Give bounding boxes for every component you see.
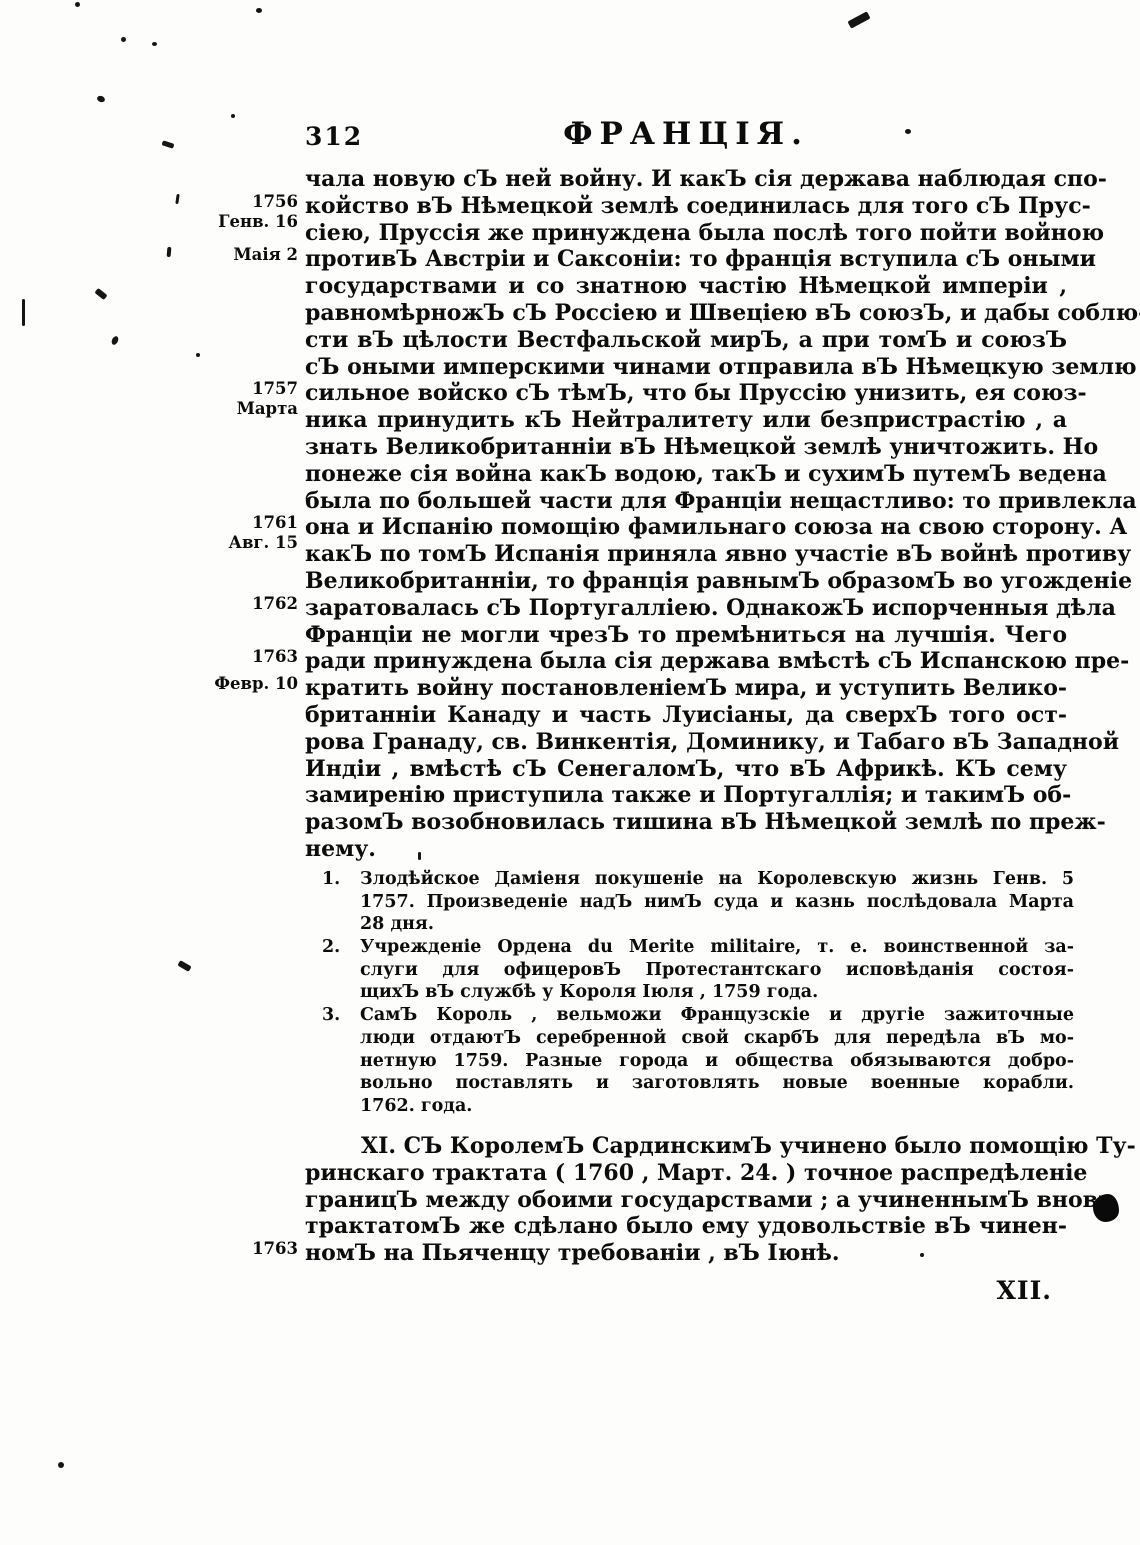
text-line-row: какЪ по томЪ Испанія приняла явно участі… [305,541,1067,568]
scan-speck [121,37,126,42]
text-line: рова Гранаду, св. Винкентія, Доминику, и… [305,729,1067,756]
text-line: государствами и со знатною частію Нѣмецк… [305,273,1067,300]
text-line-row: Великобританніи, то франція равнымЪ обра… [305,568,1067,595]
text-line-row: 1763ради принуждена была сія держава вмѣ… [305,648,1067,675]
margin-date-note: Маія 2 [188,245,298,265]
text-line-row: равномѣрножЪ сЪ Россіею и Швеціею вЪ сою… [305,300,1067,327]
text-line-row: разомЪ возобновилась тишина вЪ Нѣмецкой … [305,809,1067,836]
text-line-row: Февр. 10кратить войну постановленіемЪ ми… [305,675,1067,702]
scan-speck [920,1253,924,1257]
text-line-row: Франціи не могли чрезЪ то премѣниться на… [305,622,1067,649]
footnote-line: вольно поставлять и заготовлять новые во… [360,1072,1074,1095]
text-line: трактатомЪ же сдѣлано было ему удовольст… [305,1213,1067,1240]
margin-date-note: 1756Генв. 16 [188,192,298,232]
text-line-row: рова Гранаду, св. Винкентія, Доминику, и… [305,729,1067,756]
text-line: противЪ Австріи и Саксоніи: то франція в… [305,246,1067,273]
text-line: равномѣрножЪ сЪ Россіею и Швеціею вЪ сою… [305,300,1067,327]
footnote-line: СамЪ Король , вельможи Французскіе и дру… [360,1004,1074,1027]
text-line: чала новую сЪ ней войну. И какЪ сія держ… [305,166,1067,193]
text-line: британніи Канаду и часть Луисіаны, да св… [305,702,1067,729]
footnote-line: слуги для офицеровЪ Протестантскаго испо… [360,959,1074,982]
scan-speck [162,140,175,148]
text-line: понеже сія война какЪ водою, такЪ и сухи… [305,461,1067,488]
text-line: была по большей части для Франціи нещаст… [305,488,1067,515]
text-line: койство вЪ Нѣмецкой землѣ соединилась дл… [305,193,1067,220]
text-line-row: 1763номЪ на Пьяченцу требованіи , вЪ Іюн… [305,1240,1067,1267]
margin-date-note: Февр. 10 [188,674,298,694]
text-line: сЪ оными имперскими чинами отправила вЪ … [305,354,1067,381]
text-line: Великобританніи, то франція равнымЪ обра… [305,568,1067,595]
scanned-book-page: 312 ФРАНЦІЯ. чала новую сЪ ней войну. И … [0,0,1140,1545]
footnote-line: нетную 1759. Разные города и общества об… [360,1050,1074,1073]
text-line: ника принудить кЪ Нейтралитету или безпр… [305,407,1067,434]
footnote-line: 1762. года. [360,1095,1074,1118]
scan-speck [167,247,172,257]
footnote-item: 1.Злодѣйское Даміеня покушеніе на Короле… [322,868,1074,936]
text-line: сіею, Пруссія же принуждена была послѣ т… [305,220,1067,247]
margin-date-note: 1757Марта [188,379,298,419]
footnote-line: щихЪ вЪ службѣ у Короля Іюля , 1759 года… [360,981,1074,1004]
text-line: сти вЪ цѣлости Вестфальской мирЪ, а при … [305,327,1067,354]
scan-speck [75,2,80,7]
text-line-row: сіею, Пруссія же принуждена была послѣ т… [305,220,1067,247]
text-line-row: XI. СЪ КоролемЪ СардинскимЪ учинено было… [305,1133,1067,1160]
footnote-line: 1757. Произведеніе надЪ нимЪ суда и казн… [360,891,1074,914]
footnote-item: 3.СамЪ Король , вельможи Французскіе и д… [322,1004,1074,1117]
margin-date-note: 1762 [188,594,298,614]
text-line-row: трактатомЪ же сдѣлано было ему удовольст… [305,1213,1067,1240]
text-line-row: 1761Авг. 15она и Испанію помощію фамильн… [305,514,1067,541]
footnote-line: Учрежденіе Ордена du Merite militaire, т… [360,936,1074,959]
footnote-line: Злодѣйское Даміеня покушеніе на Королевс… [360,868,1074,891]
text-line-row: государствами и со знатною частію Нѣмецк… [305,273,1067,300]
text-line-row: ринскаго трактата ( 1760 , Март. 24. ) т… [305,1160,1067,1187]
text-line: какЪ по томЪ Испанія приняла явно участі… [305,541,1067,568]
scan-speck [905,129,911,134]
text-line: заратовалась сЪ Португалліею. ОднакожЪ и… [305,595,1067,622]
running-title: ФРАНЦІЯ. [305,116,1067,152]
scan-speck [256,8,262,13]
scan-speck [58,1462,64,1468]
text-line: она и Испанію помощію фамильнаго союза н… [305,514,1067,541]
text-line-row: британніи Канаду и часть Луисіаны, да св… [305,702,1067,729]
scan-speck [847,11,870,28]
footnote-line: 28 дня. [360,913,1074,936]
text-line: ринскаго трактата ( 1760 , Март. 24. ) т… [305,1160,1067,1187]
footnote-number: 3. [322,1004,360,1117]
ink-blot [1093,1194,1119,1222]
scan-speck [94,288,107,300]
scan-speck [418,852,421,860]
text-line: сильное войско сЪ тѣмЪ, что бы Пруссію у… [305,380,1067,407]
text-line: Индіи , вмѣстѣ сЪ СенегаломЪ, что вЪ Афр… [305,756,1067,783]
scan-speck [177,960,191,972]
text-line-row: чала новую сЪ ней войну. И какЪ сія держ… [305,166,1067,193]
text-line-row: сти вЪ цѣлости Вестфальской мирЪ, а при … [305,327,1067,354]
margin-date-note: 1761Авг. 15 [188,513,298,553]
footnote-text: Учрежденіе Ордена du Merite militaire, т… [360,936,1074,1004]
scan-speck [110,335,119,346]
text-line-row: была по большей части для Франціи нещаст… [305,488,1067,515]
text-line-row: 1762заратовалась сЪ Португалліею. Однако… [305,595,1067,622]
page-header: 312 ФРАНЦІЯ. [305,116,1067,156]
text-line: XI. СЪ КоролемЪ СардинскимЪ учинено было… [305,1133,1067,1160]
text-line: разомЪ возобновилась тишина вЪ Нѣмецкой … [305,809,1067,836]
footnote-item: 2.Учрежденіе Ордена du Merite militaire,… [322,936,1074,1004]
text-line: кратить войну постановленіемЪ мира, и ус… [305,675,1067,702]
text-line: границЪ между обоими государствами ; а у… [305,1187,1067,1214]
text-line-row: понеже сія война какЪ водою, такЪ и сухи… [305,461,1067,488]
text-line-row: границЪ между обоими государствами ; а у… [305,1187,1067,1214]
footnote-text: СамЪ Король , вельможи Французскіе и дру… [360,1004,1074,1117]
text-line-row: знать Великобританніи вЪ Нѣмецкой землѣ … [305,434,1067,461]
text-line: знать Великобританніи вЪ Нѣмецкой землѣ … [305,434,1067,461]
margin-date-note: 1763 [188,647,298,667]
footnote-list: 1.Злодѣйское Даміеня покушеніе на Короле… [322,868,1074,1118]
main-paragraph: чала новую сЪ ней войну. И какЪ сія держ… [305,166,1067,863]
footnote-line: люди отдаютЪ серебренной свой скарбЪ для… [360,1027,1074,1050]
text-line-row: Индіи , вмѣстѣ сЪ СенегаломЪ, что вЪ Афр… [305,756,1067,783]
text-line-row: замиренію приступила также и Португаллія… [305,782,1067,809]
text-line-row: 1756Генв. 16койство вЪ Нѣмецкой землѣ со… [305,193,1067,220]
text-line-row: сЪ оными имперскими чинами отправила вЪ … [305,354,1067,381]
scan-speck [22,299,25,326]
scan-speck [152,42,157,46]
text-line: Франціи не могли чрезЪ то премѣниться на… [305,622,1067,649]
section-xi-paragraph: XI. СЪ КоролемЪ СардинскимЪ учинено было… [305,1133,1067,1267]
text-line: ради принуждена была сія держава вмѣстѣ … [305,648,1067,675]
margin-date-note: 1763 [188,1239,298,1259]
footnote-text: Злодѣйское Даміеня покушеніе на Королевс… [360,868,1074,936]
footnote-number: 1. [322,868,360,936]
text-line: номЪ на Пьяченцу требованіи , вЪ Іюнѣ. [305,1240,1067,1267]
text-line-row: ника принудить кЪ Нейтралитету или безпр… [305,407,1067,434]
scan-speck [231,114,235,118]
text-line-row: 1757Мартасильное войско сЪ тѣмЪ, что бы … [305,380,1067,407]
text-line: замиренію приступила также и Португаллія… [305,782,1067,809]
scan-speck [96,95,106,103]
text-line-row: Маія 2противЪ Австріи и Саксоніи: то фра… [305,246,1067,273]
footnote-number: 2. [322,936,360,1004]
scan-speck [196,353,200,357]
catchword: XII. [997,1276,1053,1305]
scan-speck [175,194,179,204]
